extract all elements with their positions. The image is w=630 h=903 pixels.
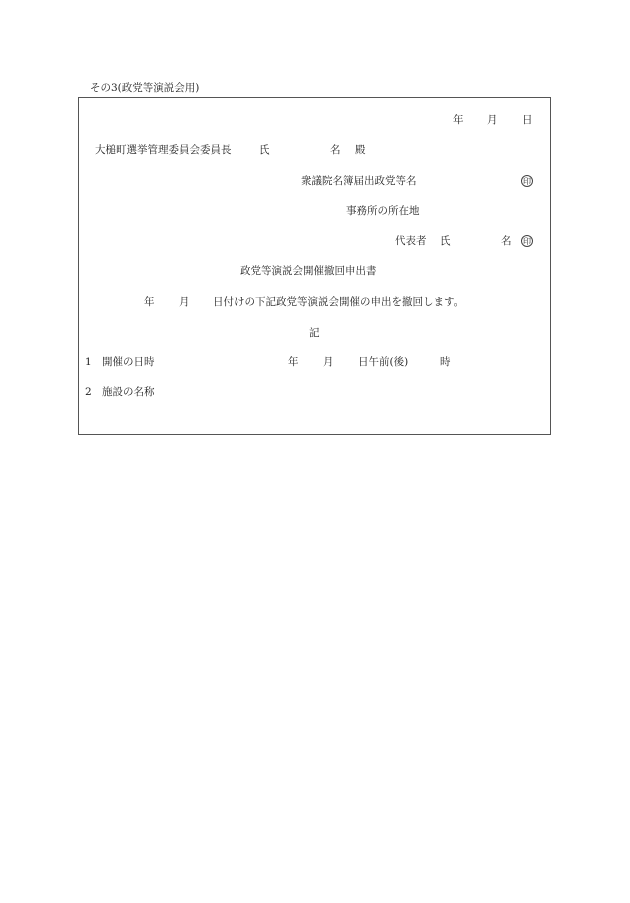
body-month: 月 — [179, 297, 190, 308]
addressee-suffix: 殿 — [355, 145, 366, 156]
addressee-na: 名 — [330, 145, 341, 156]
date-day: 日 — [522, 115, 533, 126]
date-month: 月 — [487, 115, 498, 126]
representative-na: 名 — [501, 236, 512, 247]
body-text: 日付けの下記政党等演説会開催の申出を撤回します。 — [213, 297, 464, 308]
item-1-day-ampm: 日午前(後) — [358, 357, 408, 368]
office-address-label: 事務所の所在地 — [346, 206, 420, 217]
addressee-shi: 氏 — [259, 145, 270, 156]
item-1-hour: 時 — [440, 357, 451, 368]
party-name-label: 衆議院名簿届出政党等名 — [301, 176, 417, 187]
seal-icon: 印 — [521, 175, 533, 187]
representative-shi: 氏 — [440, 236, 451, 247]
item-1-label: 開催の日時 — [102, 357, 155, 368]
ki-heading: 記 — [309, 328, 320, 339]
form-caption: その3(政党等演説会用) — [90, 83, 199, 94]
document-title: 政党等演説会開催撤回申出書 — [240, 266, 377, 277]
date-year: 年 — [453, 115, 464, 126]
body-year: 年 — [144, 297, 155, 308]
representative-label: 代表者 — [395, 236, 427, 247]
item-2-label: 施設の名称 — [102, 387, 155, 398]
item-2-number: 2 — [85, 387, 92, 398]
item-1-number: 1 — [85, 357, 92, 368]
item-1-month: 月 — [323, 357, 334, 368]
item-1-year: 年 — [288, 357, 299, 368]
seal-icon: 印 — [521, 235, 533, 247]
addressee-org: 大槌町選挙管理委員会委員長 — [95, 145, 232, 156]
